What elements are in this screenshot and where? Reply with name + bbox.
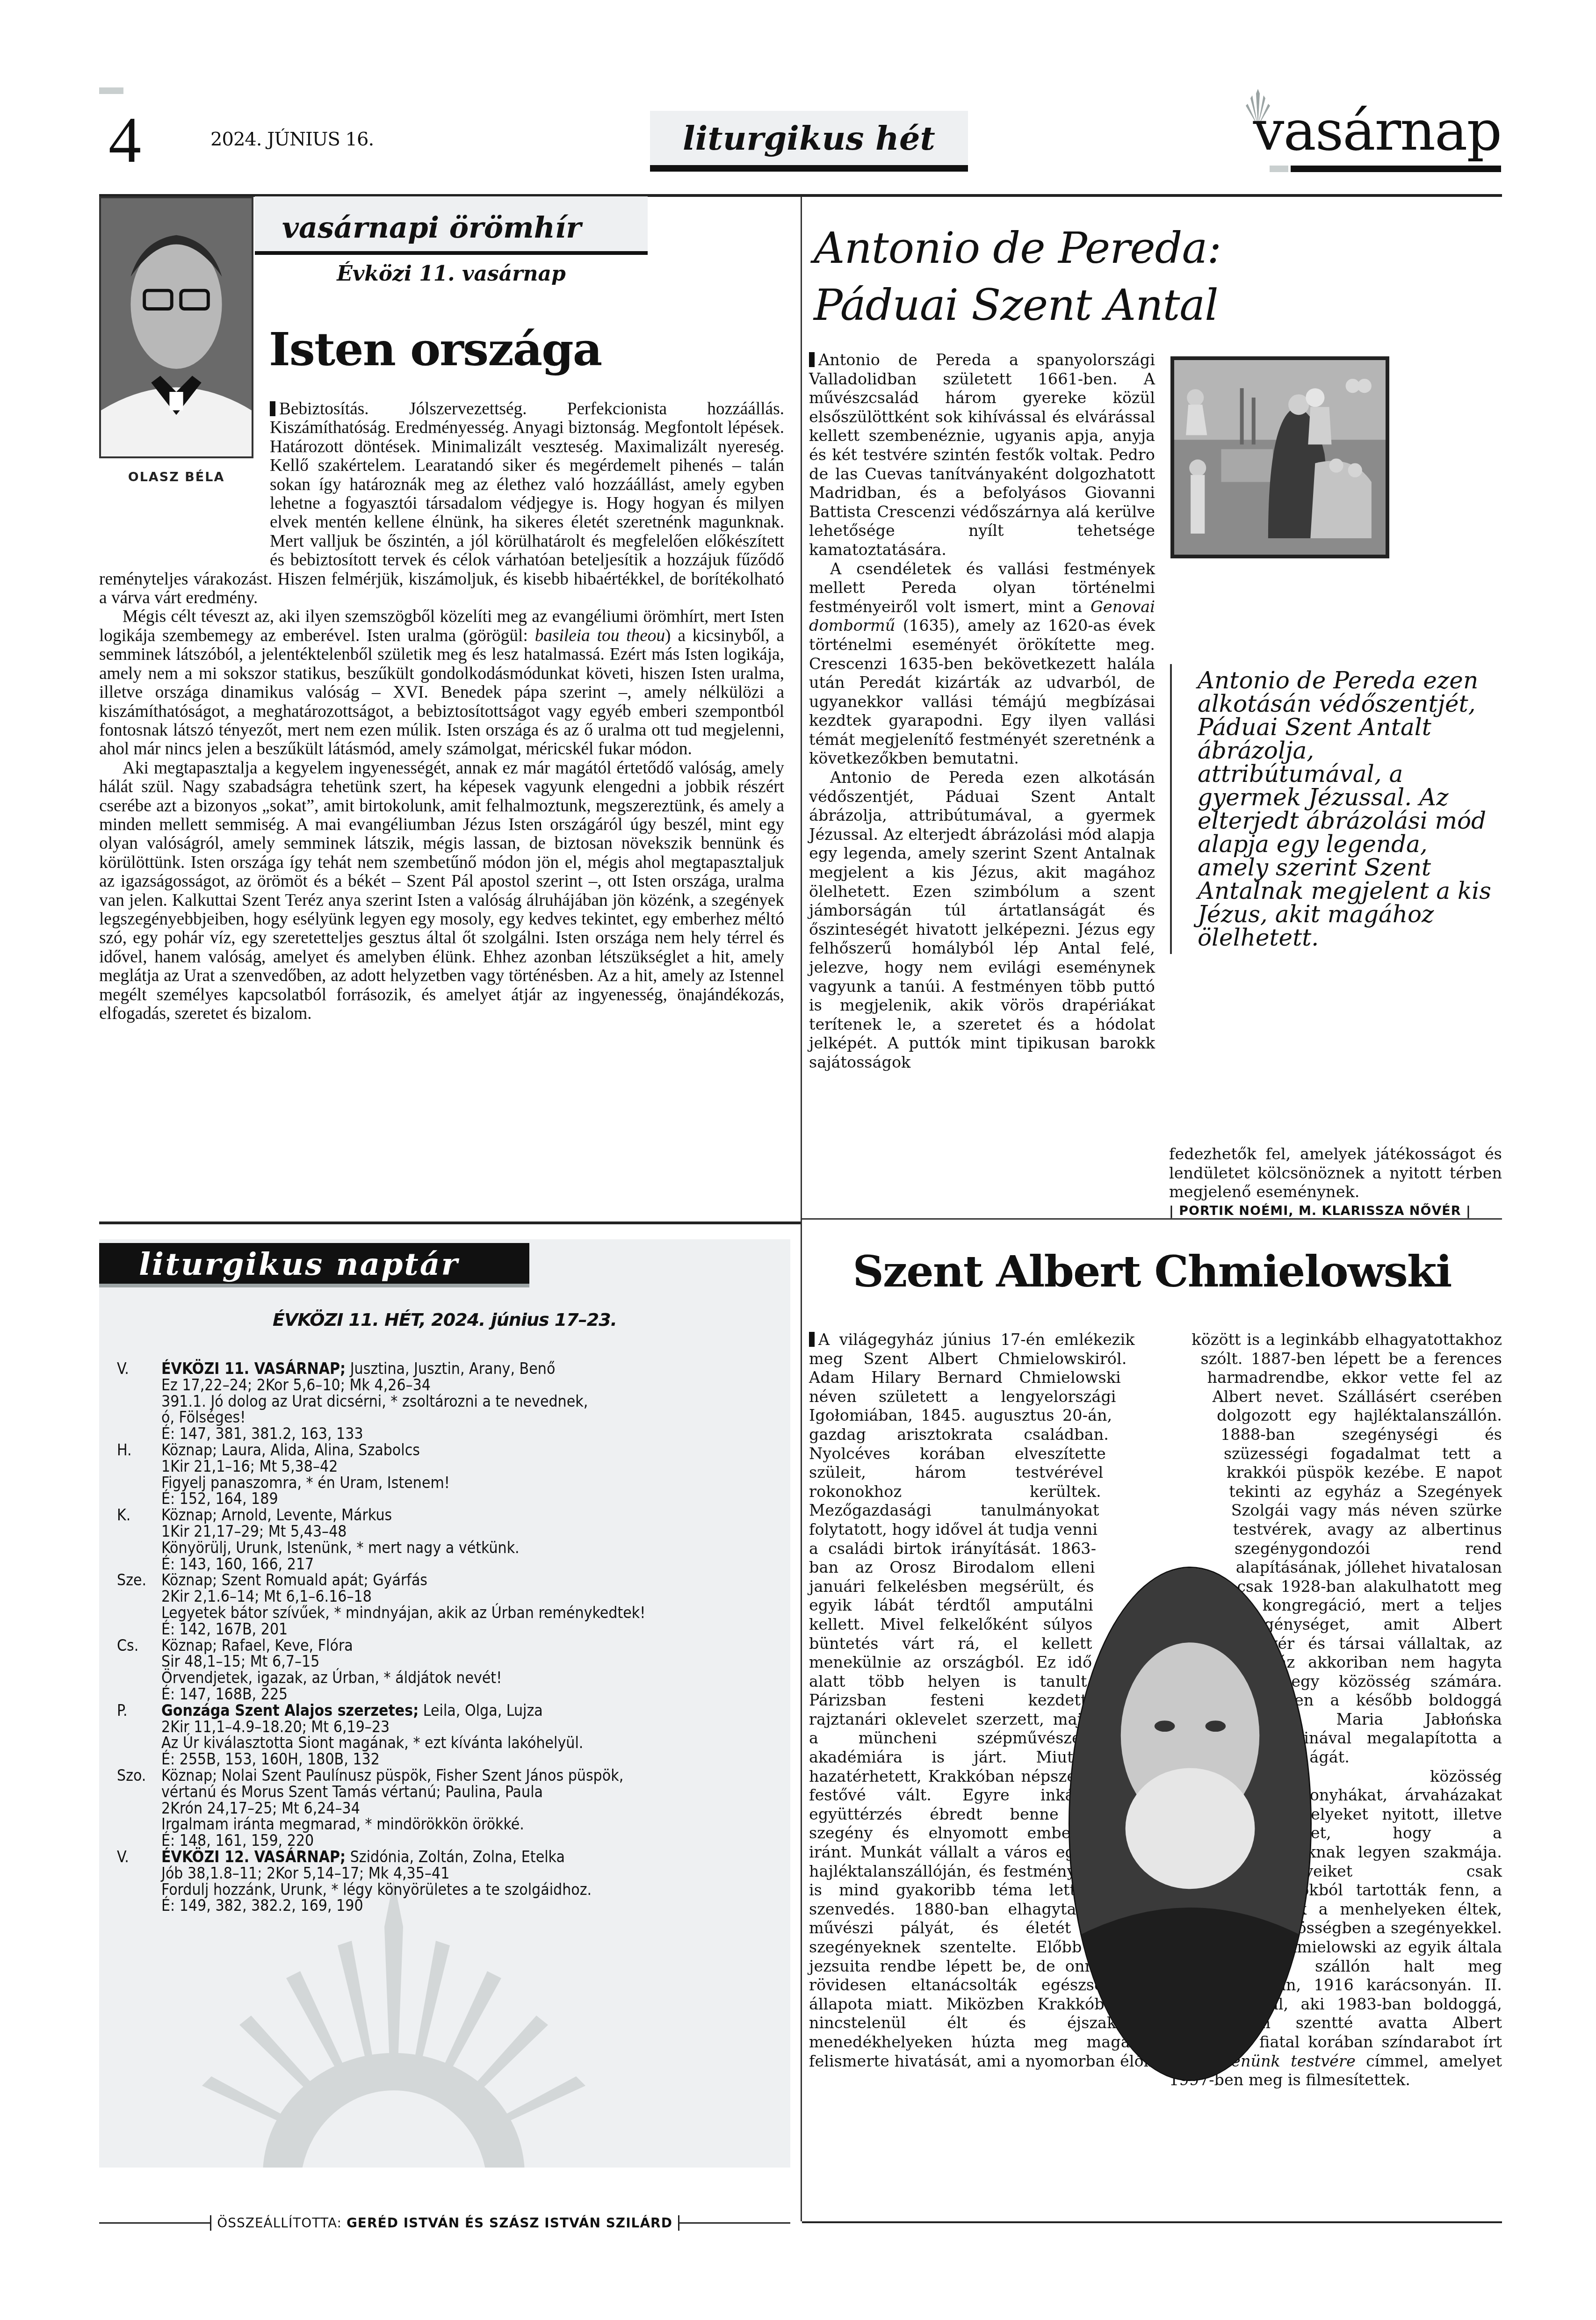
column-divider <box>801 196 802 2221</box>
homily-body: Bebiztosítás. Jólszervezettség. Perfekci… <box>99 400 784 1023</box>
lead-marker-icon <box>809 1332 815 1347</box>
saint-portrait <box>1069 1567 1312 2081</box>
calendar-entry-monday: H. Köznap; Laura, Alida, Alina, Szabolcs… <box>117 1442 781 1507</box>
page-number: 4 <box>99 101 151 180</box>
lead-marker-icon <box>270 401 275 416</box>
calendar-entry-next-sunday: V. ÉVKÖZI 12. VASÁRNAP; Szidónia, Zoltán… <box>117 1849 781 1914</box>
paragraph: Antonio de Pereda ezen alkotásán védősze… <box>809 768 1155 1072</box>
sunburst-watermark-icon <box>183 1871 604 2168</box>
painting-icon <box>1174 360 1386 555</box>
article-byline: | PORTIK NOÉMI, M. KLARISSZA NŐVÉR | <box>1169 1202 1502 1221</box>
layout-spacer <box>99 400 270 552</box>
pull-quote: Antonio de Pereda ezen alkotásán védősze… <box>1170 664 1502 954</box>
calendar-entry-friday: P. Gonzága Szent Alajos szerzetes; Leila… <box>117 1703 781 1768</box>
divider-line <box>99 2222 210 2224</box>
liturgical-occasion: Évközi 11. vasárnap <box>255 262 648 286</box>
calendar-entry-tuesday: K. Köznap; Arnold, Levente, Márkus 1Kir … <box>117 1507 781 1572</box>
portrait-icon <box>1070 1568 1310 2080</box>
masthead-brand: vasárnap <box>1239 89 1501 168</box>
calendar-entry-sunday: V. ÉVKÖZI 11. VASÁRNAP; Jusztina, Juszti… <box>117 1361 781 1442</box>
column-kicker: vasárnapi örömhír <box>255 196 648 255</box>
calendar-list: V. ÉVKÖZI 11. VASÁRNAP; Jusztina, Juszti… <box>117 1361 781 1914</box>
brand-underline <box>1291 166 1501 172</box>
art-article-body-end: fedezhetők fel, amelyek játékosságot és … <box>1169 1145 1502 1221</box>
brand-accent <box>1270 166 1288 172</box>
art-article-body: Antonio de Pereda a spanyolországi Valla… <box>809 351 1155 1072</box>
calendar-week: ÉVKÖZI 11. HÉT, 2024. június 17–23. <box>99 1309 790 1330</box>
calendar-entry-wednesday: Sze. Köznap; Szent Romuald apát; Gyárfás… <box>117 1572 781 1637</box>
bottom-rule <box>802 2221 1502 2223</box>
paragraph: Antonio de Pereda a spanyolországi Valla… <box>809 351 1155 560</box>
calendar-entry-thursday: Cs. Köznap; Rafael, Keve, Flóra Sir 48,1… <box>117 1638 781 1703</box>
calendar-tag: liturgikus naptár <box>99 1243 529 1287</box>
issue-date: 2024. JÚNIUS 16. <box>210 129 374 150</box>
paragraph: Mégis célt téveszt az, aki ilyen szemszö… <box>99 607 784 759</box>
lead-marker-icon <box>809 352 815 367</box>
saint-article-title: Szent Albert Chmielowski <box>802 1246 1502 1297</box>
section-tag: liturgikus hét <box>650 111 968 172</box>
article-headline: Isten országa <box>269 323 601 376</box>
calendar-entry-saturday: Szo. Köznap; Nolai Szent Paulínusz püspö… <box>117 1768 781 1849</box>
art-article-title: Antonio de Pereda: Páduai Szent Antal <box>814 220 1221 334</box>
brand-name: vasárnap <box>1253 98 1501 163</box>
compiled-by: ÖSSZEÁLLÍTOTTA: GERÉD ISTVÁN ÉS SZÁSZ IS… <box>99 2211 790 2234</box>
paragraph: A csendéletek és vallási festmények mell… <box>809 560 1155 769</box>
painting-image <box>1170 356 1389 558</box>
divider-line <box>679 2222 790 2224</box>
section-rule <box>99 1221 801 1224</box>
paragraph: Aki megtapasztalja a kegyelem ingyenessé… <box>99 759 784 1024</box>
